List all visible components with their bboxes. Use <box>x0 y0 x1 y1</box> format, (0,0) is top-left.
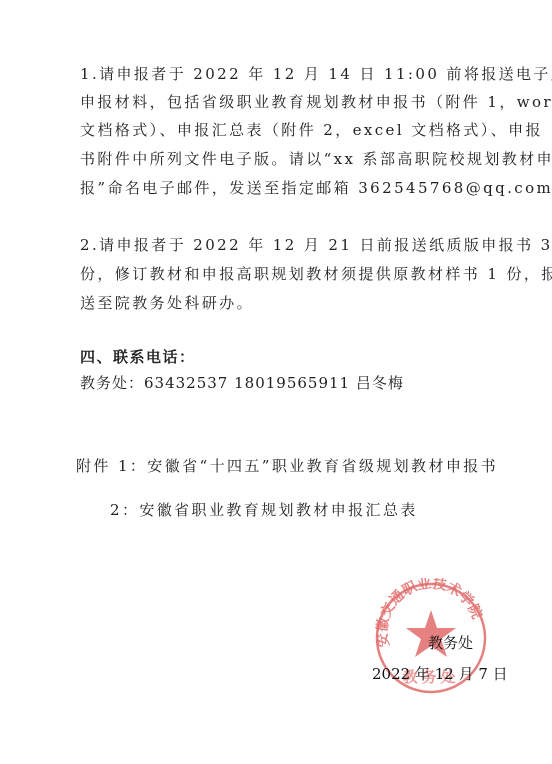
paragraph2-line3: 送至院教务处科研办。 <box>80 293 254 313</box>
attachment-1: 附件 1：安徽省“十四五”职业教育省级规划教材申报书 <box>76 456 498 476</box>
paragraph1-line5: 报”命名电子邮件，发送至指定邮箱 362545768@qq.com。 <box>80 178 552 198</box>
paragraph1-line4: 书附件中所列文件电子版。请以“xx 系部高职院校规划教材申 <box>80 149 552 169</box>
paragraph2-line2: 份，修订教材和申报高职规划教材须提供原教材样书 1 份，报 <box>80 264 552 284</box>
signature-date: 2022 年 12 月 7 日 <box>372 663 508 684</box>
paragraph2-line1: 2.请申报者于 2022 年 12 月 21 日前报送纸质版申报书 3 <box>80 235 552 255</box>
contact-heading: 四、联系电话： <box>80 347 196 367</box>
paragraph1-line3: 文档格式）、申报汇总表（附件 2，excel 文档格式）、申报 <box>80 120 543 140</box>
signature-department: 教务处 <box>428 632 473 653</box>
paragraph1-line2: 申报材料，包括省级职业教育规划教材申报书（附件 1，word <box>80 92 552 112</box>
contact-line: 教务处：63432537 18019565911 吕冬梅 <box>80 373 404 393</box>
paragraph1-line1: 1.请申报者于 2022 年 12 月 14 日 11:00 前将报送电子版 <box>80 64 552 84</box>
attachment-2: 2：安徽省职业教育规划教材申报汇总表 <box>110 500 418 520</box>
